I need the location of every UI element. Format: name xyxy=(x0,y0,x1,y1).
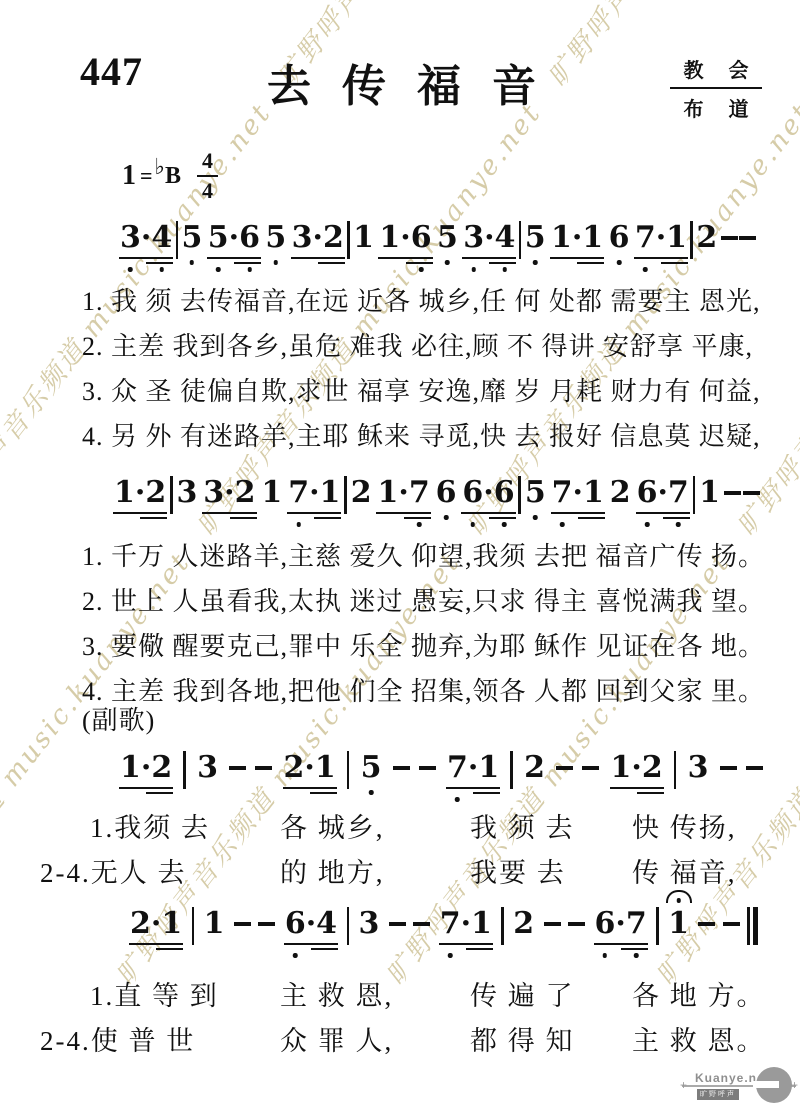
note-digit: 1 xyxy=(161,906,182,942)
barline xyxy=(690,221,693,259)
note: 5 xyxy=(263,220,288,256)
note: 3 xyxy=(195,750,220,786)
notation-line-2: 1·233·217·121·766·657·126·71 xyxy=(112,475,760,514)
note-digit-low-octave: 3 xyxy=(120,220,141,256)
note: 2 xyxy=(349,475,374,511)
note-digit: 2 xyxy=(642,750,663,786)
barline xyxy=(674,751,677,789)
note-digit: 1 xyxy=(261,475,282,511)
note-digit: 1 xyxy=(204,906,225,942)
note: 7·1 xyxy=(286,475,342,511)
note-digit: 1 xyxy=(582,220,603,256)
duration-dash xyxy=(544,922,561,926)
key-signature: 1 = ♭ B 4 4 xyxy=(122,150,218,202)
note-digit-low-octave: 3 xyxy=(463,220,484,256)
category-label: 教 会 布 道 xyxy=(670,54,762,122)
title-wrap: 去 传 福 音 xyxy=(143,50,670,114)
category-top: 教 会 xyxy=(670,54,762,89)
verse-line: 3. 众 圣 徒偏自欺,求世 福享 安逸,靡 岁 月耗 财力有 何益, xyxy=(82,376,772,408)
note-digit: · xyxy=(461,906,471,942)
note: 6·6 xyxy=(460,475,516,511)
note-digit: 1 xyxy=(114,475,135,511)
verse-line: 1. 我 须 去传福音,在远 近各 城乡,任 何 处都 需要主 恩光, xyxy=(82,286,772,318)
note: 7·1 xyxy=(438,906,494,942)
note-digit: · xyxy=(468,750,478,786)
key-equals: = xyxy=(140,163,153,189)
note-digit: 1 xyxy=(320,475,341,511)
chorus-lyric-segment: 主 救 恩。 xyxy=(598,1025,766,1058)
note-digit-low-octave: 5 xyxy=(208,220,229,256)
note-digit-low-octave: 6 xyxy=(436,475,457,511)
note: 5·6 xyxy=(206,220,262,256)
note: 1·2 xyxy=(609,750,665,786)
chorus-lyric-segment: 1.直 等 到 xyxy=(40,980,248,1013)
note-digit-low-octave: 5 xyxy=(361,750,382,786)
note-digit: 2 xyxy=(235,475,256,511)
note-digit-low-octave: 4 xyxy=(495,220,516,256)
note-digit: · xyxy=(306,906,316,942)
note-digit: 2 xyxy=(610,475,631,511)
barline xyxy=(693,476,696,514)
note-digit: 2 xyxy=(323,220,344,256)
note: 6 xyxy=(434,475,459,511)
note-digit-low-octave: 7 xyxy=(288,475,309,511)
note-digit-low-octave: 7 xyxy=(447,750,468,786)
note-digit: 2 xyxy=(513,906,534,942)
note-digit: · xyxy=(141,750,151,786)
duration-dash xyxy=(582,766,599,770)
note: 6 xyxy=(607,220,632,256)
duration-dash xyxy=(743,491,760,495)
chorus-lyrics-2: 1.直 等 到主 救 恩,传 遍 了各 地 方。2-4.使 普 世众 罪 人,都… xyxy=(40,980,754,1070)
barline xyxy=(347,907,350,945)
notation-line-3: 1·232·157·121·23 xyxy=(118,750,763,789)
note-digit-low-octave: 6 xyxy=(462,475,483,511)
note-digit-low-octave: 7 xyxy=(668,475,689,511)
note-digit: · xyxy=(229,220,239,256)
note-digit-low-octave: 5 xyxy=(525,220,546,256)
note-digit: 1 xyxy=(120,750,141,786)
note-digit-low-octave: 6 xyxy=(285,906,306,942)
note: 1·7 xyxy=(375,475,431,511)
duration-dash xyxy=(723,922,740,926)
note-digit-low-octave: 7 xyxy=(635,220,656,256)
notation-line-4: 2·116·437·126·71 xyxy=(128,906,758,945)
chorus-lyric-segment: 各 城乡, xyxy=(248,812,428,845)
chorus-label: (副歌) xyxy=(82,700,155,737)
logo-tick-right: + xyxy=(791,1078,798,1092)
note-digit: · xyxy=(224,475,234,511)
note-digit: · xyxy=(312,220,322,256)
logo-circle-icon xyxy=(756,1067,792,1103)
duration-dash xyxy=(413,922,430,926)
chorus-lyric-segment: 传 遍 了 xyxy=(428,980,598,1013)
note: 1·2 xyxy=(112,475,168,511)
verse-line: 2. 主差 我到各乡,虽危 难我 必往,顾 不 得讲 安舒享 平康, xyxy=(82,331,772,363)
note-digit-low-octave: 5 xyxy=(525,475,546,511)
verse-line: 4. 另 外 有迷路羊,主耶 稣来 寻觅,快 去 报好 信息莫 迟疑, xyxy=(82,421,772,453)
logo-tick-left: + xyxy=(680,1078,687,1092)
chorus-lyric-segment: 2-4.使 普 世 xyxy=(40,1025,248,1058)
barline xyxy=(656,907,659,945)
barline xyxy=(518,476,521,514)
note-digit: 4 xyxy=(316,906,337,942)
note-digit: · xyxy=(656,220,666,256)
kuanye-logo: + + Kuanye.net 旷野呼声 xyxy=(682,1064,796,1108)
chorus-lyric-segment: 快 传扬, xyxy=(598,812,754,845)
chorus-lyric-segment: 我 须 去 xyxy=(428,812,598,845)
note: 3 xyxy=(175,475,200,511)
verse-line: 4. 主差 我到各地,把他 们全 招集,领各 人都 回到父家 里。 xyxy=(82,676,772,708)
chorus-lyric-segment: 各 地 方。 xyxy=(598,980,766,1013)
barline xyxy=(170,476,173,514)
duration-dash xyxy=(389,922,406,926)
duration-dash xyxy=(746,766,763,770)
note: 7·1 xyxy=(445,750,501,786)
chorus-lyric-segment: 众 罪 人, xyxy=(248,1025,428,1058)
note: 1·6 xyxy=(377,220,433,256)
note: 3 xyxy=(686,750,711,786)
note-digit: · xyxy=(573,475,583,511)
note-digit: 1 xyxy=(583,475,604,511)
duration-dash xyxy=(724,491,741,495)
note: 5 xyxy=(523,220,548,256)
note: 1·2 xyxy=(118,750,174,786)
chorus-lyric-segment: 2-4.无人 去 xyxy=(40,857,248,890)
note: 5 xyxy=(179,220,204,256)
barline xyxy=(347,221,350,259)
note-digit: 2 xyxy=(696,220,717,256)
chorus-lyric-segment: 我要 去 xyxy=(428,857,598,890)
note-digit: 1 xyxy=(315,750,336,786)
chorus-lyric-segment: 1.我须 去 xyxy=(40,812,248,845)
note-digit: 3 xyxy=(203,475,224,511)
duration-dash xyxy=(720,766,737,770)
flat-sign: ♭ xyxy=(155,154,165,180)
note-digit: 1 xyxy=(478,750,499,786)
barline xyxy=(176,221,179,259)
note-digit: · xyxy=(657,475,667,511)
note-digit: 3 xyxy=(177,475,198,511)
note: 6·7 xyxy=(635,475,691,511)
header: 447 去 传 福 音 教 会 布 道 xyxy=(80,48,762,122)
note: 2 xyxy=(522,750,547,786)
duration-dash xyxy=(258,922,275,926)
note: 5 xyxy=(359,750,384,786)
note: 3·4 xyxy=(461,220,517,256)
note-digit: 3 xyxy=(292,220,313,256)
note-digit: 2 xyxy=(524,750,545,786)
hymn-sheet: 447 去 传 福 音 教 会 布 道 1 = ♭ B 4 4 3·455·65… xyxy=(0,0,800,1111)
note-digit: · xyxy=(141,220,151,256)
note: 7·1 xyxy=(633,220,689,256)
category-bottom: 布 道 xyxy=(670,89,762,122)
note-with-fermata: 1 xyxy=(666,906,691,942)
note-digit: 1 xyxy=(377,475,398,511)
note: 2 xyxy=(608,475,633,511)
note: 2·1 xyxy=(282,750,338,786)
chorus-lyric-segment: 传 福音, xyxy=(598,857,754,890)
verse-line: 1. 千万 人迷路羊,主慈 爱久 仰望,我须 去把 福音广传 扬。 xyxy=(82,541,772,573)
note-digit: · xyxy=(484,220,494,256)
duration-dash xyxy=(255,766,272,770)
note-digit-low-octave: 5 xyxy=(437,220,458,256)
note-digit: 1 xyxy=(611,750,632,786)
note-digit: 1 xyxy=(379,220,400,256)
chorus-lyric-segment: 的 地方, xyxy=(248,857,428,890)
note-digit-low-octave: 6 xyxy=(637,475,658,511)
note-digit-low-octave: 7 xyxy=(626,906,647,942)
note-digit: 1 xyxy=(668,906,689,942)
note-digit: 3 xyxy=(197,750,218,786)
note-digit: 2 xyxy=(151,750,172,786)
note-digit: 1 xyxy=(666,220,687,256)
chorus-lyrics-1: 1.我须 去各 城乡,我 须 去快 传扬,2-4.无人 去的 地方,我要 去传 … xyxy=(40,812,754,902)
note: 2·1 xyxy=(128,906,184,942)
note-digit: · xyxy=(615,906,625,942)
note: 5 xyxy=(523,475,548,511)
note-digit-low-octave: 7 xyxy=(440,906,461,942)
chorus-lyric-segment: 主 救 恩, xyxy=(248,980,428,1013)
note-digit-low-octave: 6 xyxy=(494,475,515,511)
chorus-lyric-row: 1.我须 去各 城乡,我 须 去快 传扬, xyxy=(40,812,754,845)
note: 6·4 xyxy=(283,906,339,942)
note-digit: · xyxy=(304,750,314,786)
note-digit-low-octave: 5 xyxy=(265,220,286,256)
barline xyxy=(347,751,350,789)
barline xyxy=(344,476,347,514)
note-digit: 3 xyxy=(358,906,379,942)
note: 6·7 xyxy=(593,906,649,942)
logo-sub-text: 旷野呼声 xyxy=(697,1089,739,1100)
verse-block-1: 1. 我 须 去传福音,在远 近各 城乡,任 何 处都 需要主 恩光,2. 主差… xyxy=(82,286,772,466)
note-digit-low-octave: 4 xyxy=(151,220,172,256)
notation-line-1: 3·455·653·211·653·451·167·12 xyxy=(118,220,756,259)
barline xyxy=(183,751,186,789)
chorus-lyric-row: 2-4.无人 去的 地方,我要 去传 福音, xyxy=(40,857,754,890)
note: 3 xyxy=(356,906,381,942)
duration-dash xyxy=(739,236,756,240)
note-digit: 3 xyxy=(688,750,709,786)
key-tonic: B xyxy=(165,163,181,190)
note-digit-low-octave: 6 xyxy=(239,220,260,256)
note-digit: · xyxy=(400,220,410,256)
note-digit: · xyxy=(398,475,408,511)
chorus-lyric-segment: 都 得 知 xyxy=(428,1025,598,1058)
note-digit: 1 xyxy=(551,220,572,256)
note-digit: 2 xyxy=(145,475,166,511)
barline xyxy=(510,751,513,789)
note: 1 xyxy=(202,906,227,942)
note: 1 xyxy=(697,475,722,511)
time-signature: 4 4 xyxy=(197,150,218,202)
note: 2 xyxy=(511,906,536,942)
note: 3·2 xyxy=(201,475,257,511)
chorus-lyric-row: 2-4.使 普 世众 罪 人,都 得 知主 救 恩。 xyxy=(40,1025,754,1058)
note-digit-low-octave: 6 xyxy=(411,220,432,256)
note: 3·2 xyxy=(290,220,346,256)
note-digit: · xyxy=(151,906,161,942)
duration-dash xyxy=(568,922,585,926)
duration-dash xyxy=(556,766,573,770)
note-digit: · xyxy=(483,475,493,511)
verse-block-2: 1. 千万 人迷路羊,主慈 爱久 仰望,我须 去把 福音广传 扬。2. 世上 人… xyxy=(82,541,772,721)
note-digit-low-octave: 6 xyxy=(609,220,630,256)
note-digit-low-octave: 5 xyxy=(181,220,202,256)
note-digit-low-octave: 7 xyxy=(552,475,573,511)
hymn-number: 447 xyxy=(80,48,143,95)
chorus-lyric-row: 1.直 等 到主 救 恩,传 遍 了各 地 方。 xyxy=(40,980,754,1013)
note-digit: 2 xyxy=(284,750,305,786)
page-title: 去 传 福 音 xyxy=(267,62,546,111)
note: 2 xyxy=(694,220,719,256)
note: 3·4 xyxy=(118,220,174,256)
note: 5 xyxy=(435,220,460,256)
key-scale-degree: 1 xyxy=(122,160,136,192)
note: 1 xyxy=(351,220,376,256)
duration-dash xyxy=(229,766,246,770)
note-digit-low-octave: 6 xyxy=(595,906,616,942)
note: 1 xyxy=(259,475,284,511)
duration-dash xyxy=(698,922,715,926)
note-digit: 2 xyxy=(130,906,151,942)
note: 7·1 xyxy=(550,475,606,511)
note-digit: 2 xyxy=(351,475,372,511)
note-digit: 1 xyxy=(353,220,374,256)
duration-dash xyxy=(419,766,436,770)
time-signature-numerator: 4 xyxy=(197,150,218,177)
barline xyxy=(519,221,522,259)
final-barline xyxy=(747,907,758,945)
time-signature-denominator: 4 xyxy=(197,177,218,202)
note-digit: 1 xyxy=(471,906,492,942)
barline xyxy=(501,907,504,945)
verse-line: 2. 世上 人虽看我,太执 迷过 愚妄,只求 得主 喜悦满我 望。 xyxy=(82,586,772,618)
note-digit: · xyxy=(631,750,641,786)
verse-line: 3. 要儆 醒要克己,罪中 乐全 抛弃,为耶 稣作 见证在各 地。 xyxy=(82,631,772,663)
duration-dash xyxy=(721,236,738,240)
note-digit: 1 xyxy=(699,475,720,511)
note-digit: · xyxy=(135,475,145,511)
note: 1·1 xyxy=(549,220,605,256)
note-digit: · xyxy=(309,475,319,511)
duration-dash xyxy=(234,922,251,926)
barline xyxy=(192,907,195,945)
note-digit-low-octave: 7 xyxy=(409,475,430,511)
note-digit: · xyxy=(572,220,582,256)
duration-dash xyxy=(393,766,410,770)
